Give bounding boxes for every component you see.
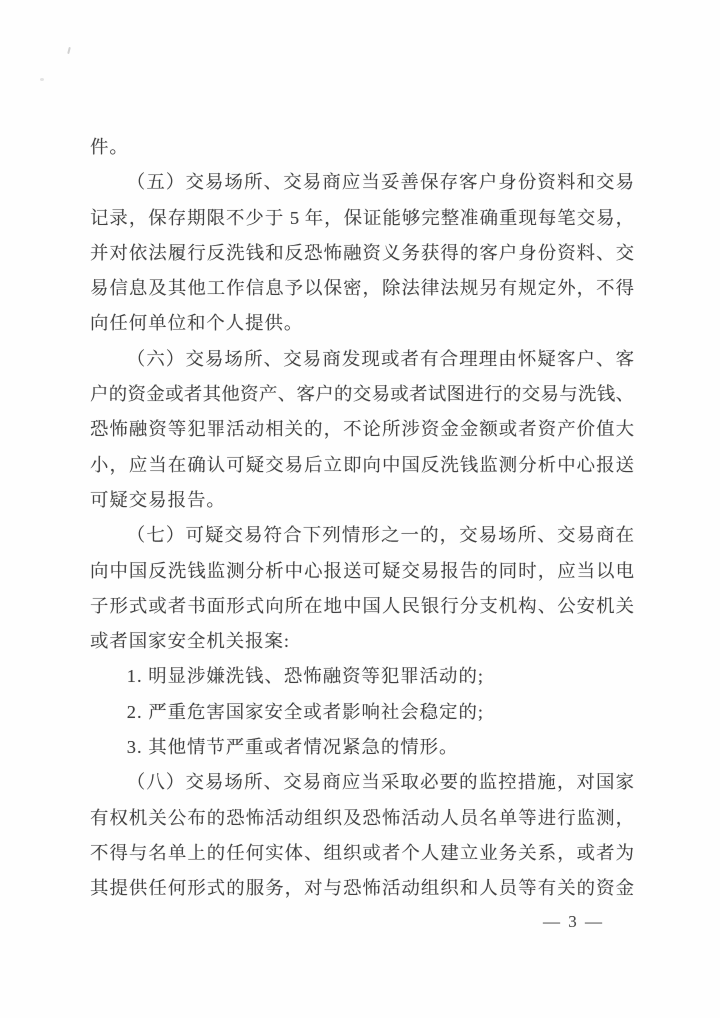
text-line: 向任何单位和个人提供。 [90,306,634,341]
text-line: 不得与名单上的任何实体、组织或者个人建立业务关系，或者为 [90,836,634,871]
text-line: （六）交易场所、交易商发现或者有合理理由怀疑客户、客 [90,342,634,377]
text-line: 件。 [90,130,634,165]
text-line: 2. 严重危害国家安全或者影响社会稳定的; [90,695,634,730]
text-line: 有权机关公布的恐怖活动组织及恐怖活动人员名单等进行监测， [90,801,634,836]
text-line: 并对依法履行反洗钱和反恐怖融资义务获得的客户身份资料、交 [90,236,634,271]
document-body-text: 件。（五）交易场所、交易商应当妥善保存客户身份资料和交易记录，保存期限不少于 5… [90,130,634,907]
text-line: 1. 明显涉嫌洗钱、恐怖融资等犯罪活动的; [90,659,634,694]
text-line: 向中国反洗钱监测分析中心报送可疑交易报告的同时，应当以电 [90,554,634,589]
text-line: （七）可疑交易符合下列情形之一的，交易场所、交易商在 [90,518,634,553]
scan-speck-icon [40,78,44,81]
text-line: 恐怖融资等犯罪活动相关的，不论所涉资金金额或者资产价值大 [90,412,634,447]
scan-speck-icon [67,47,71,54]
text-line: 小，应当在确认可疑交易后立即向中国反洗钱监测分析中心报送 [90,448,634,483]
text-line: （五）交易场所、交易商应当妥善保存客户身份资料和交易 [90,165,634,200]
page-number: — 3 — [543,912,604,932]
text-line: 3. 其他情节严重或者情况紧急的情形。 [90,730,634,765]
scanned-document-page: 件。（五）交易场所、交易商应当妥善保存客户身份资料和交易记录，保存期限不少于 5… [0,0,720,1018]
text-line: 其提供任何形式的服务，对与恐怖活动组织和人员等有关的资金 [90,871,634,906]
text-line: 可疑交易报告。 [90,483,634,518]
text-line: 户的资金或者其他资产、客户的交易或者试图进行的交易与洗钱、 [90,377,634,412]
text-line: （八）交易场所、交易商应当采取必要的监控措施，对国家 [90,765,634,800]
text-line: 记录，保存期限不少于 5 年，保证能够完整准确重现每笔交易， [90,201,634,236]
text-line: 易信息及其他工作信息予以保密，除法律法规另有规定外，不得 [90,271,634,306]
text-line: 或者国家安全机关报案: [90,624,634,659]
text-line: 子形式或者书面形式向所在地中国人民银行分支机构、公安机关 [90,589,634,624]
